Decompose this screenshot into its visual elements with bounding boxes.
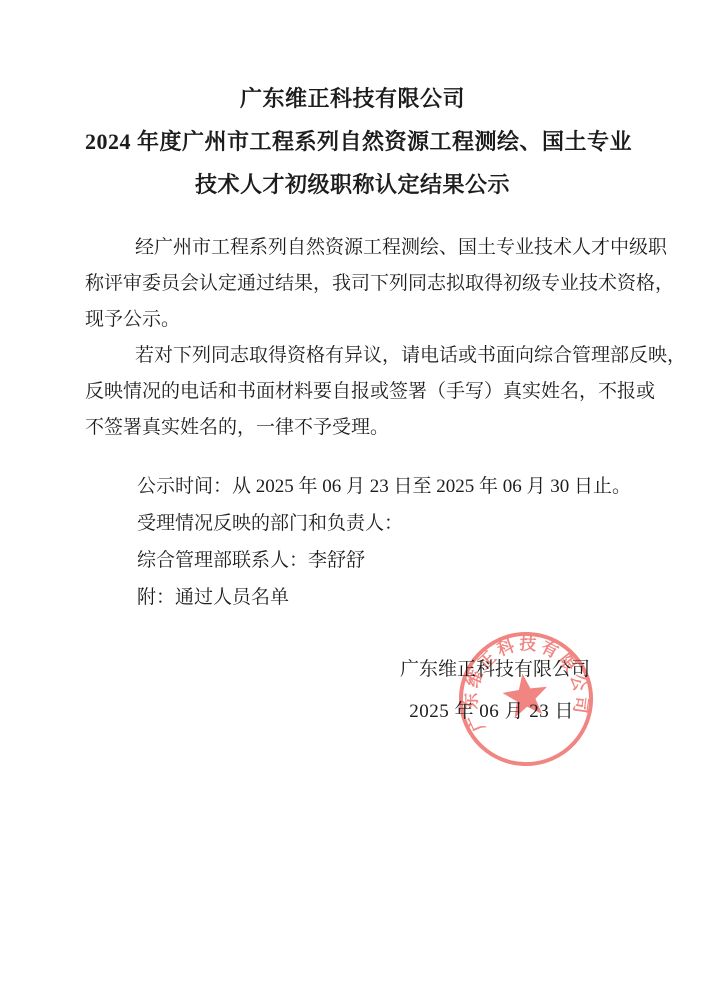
document-title-line-2: 2024 年度广州市工程系列自然资源工程测绘、国土专业 (85, 129, 620, 155)
signature-date: 2025 年 06 月 23 日 (409, 700, 574, 724)
publicity-period-line: 公示时间：从 2025 年 06 月 23 日至 2025 年 06 月 30 … (85, 468, 622, 505)
paragraph-2: 若对下列同志取得资格有异议，请电话或书面向综合管理部反映， 反映情况的电话和书面… (85, 338, 622, 446)
document-title-line-1: 广东维正科技有限公司 (85, 86, 620, 112)
signature-company: 广东维正科技有限公司 (400, 658, 590, 682)
seal-graphic: 广东维正科技有限公司 (448, 621, 604, 777)
department-line: 受理情况反映的部门和负责人： (85, 505, 622, 542)
paragraph-1-line-3: 现予公示。 (85, 302, 622, 338)
paragraph-2-line-1: 若对下列同志取得资格有异议，请电话或书面向综合管理部反映， (85, 338, 622, 374)
paragraph-2-line-2: 反映情况的电话和书面材料要自报或签署（手写）真实姓名，不报或 (85, 374, 622, 410)
paragraph-1-line-1: 经广州市工程系列自然资源工程测绘、国土专业技术人才中级职 (85, 230, 622, 266)
attachment-line: 附：通过人员名单 (85, 579, 622, 616)
info-block: 公示时间：从 2025 年 06 月 23 日至 2025 年 06 月 30 … (85, 468, 622, 616)
company-seal-stamp: 广东维正科技有限公司 (448, 621, 604, 777)
document-title-line-3: 技术人才初级职称认定结果公示 (85, 172, 620, 198)
paragraph-1-line-2: 称评审委员会认定通过结果，我司下列同志拟取得初级专业技术资格， (85, 266, 622, 302)
document-page: 广东维正科技有限公司 2024 年度广州市工程系列自然资源工程测绘、国土专业 技… (0, 0, 707, 1000)
paragraph-1: 经广州市工程系列自然资源工程测绘、国土专业技术人才中级职 称评审委员会认定通过结… (85, 230, 622, 338)
contact-line: 综合管理部联系人：李舒舒 (85, 542, 622, 579)
paragraph-2-line-3: 不签署真实姓名的，一律不予受理。 (85, 410, 622, 446)
